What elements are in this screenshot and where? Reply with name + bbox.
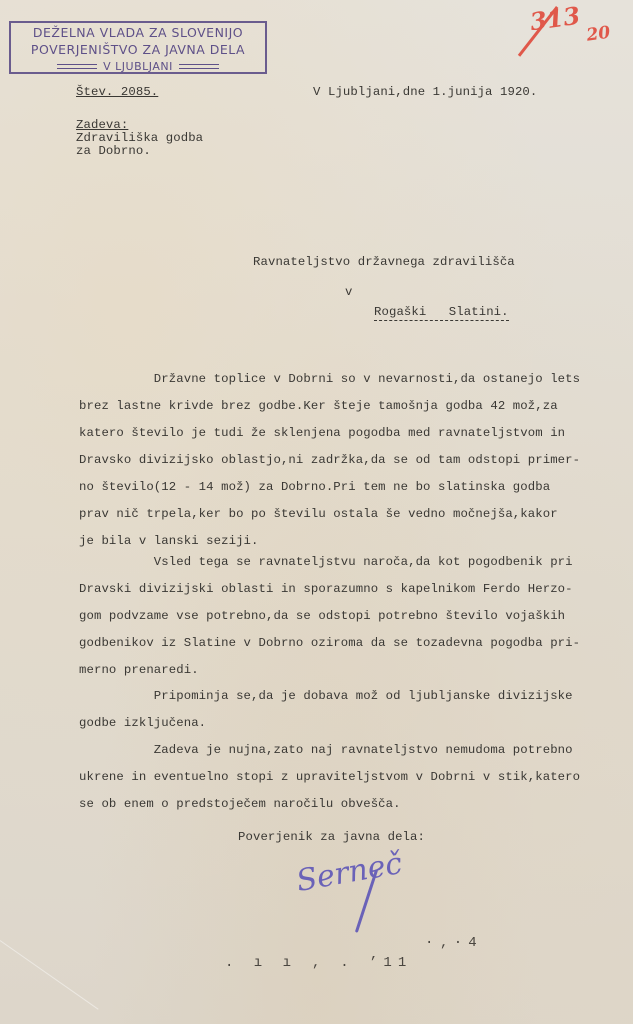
body-line: je bila v lanski seziji.: [79, 534, 259, 548]
subject-line-2: za Dobrno.: [76, 144, 151, 158]
body-line: Dravski divizijski oblasti in sporazumno…: [79, 582, 573, 596]
stray-ink-marks: . ı ı ‚ . ’11: [225, 955, 412, 971]
stamp-rule-right: [179, 64, 219, 69]
stamp-line-1: DEŽELNA VLADA ZA SLOVENIJO: [11, 24, 265, 41]
body-line: Zadeva je nujna,zato naj ravnateljstvo n…: [79, 743, 573, 757]
stamp-rule-left: [57, 64, 97, 69]
addressee-line-3: Rogaški Slatini.: [374, 305, 509, 321]
body-line: se ob enem o predstoječem naročilu obveš…: [79, 797, 401, 811]
closing-title: Poverjenik za javna dela:: [238, 830, 425, 844]
registry-year: 20: [585, 23, 611, 46]
body-line: katero število je tudi že sklenjena pogo…: [79, 426, 565, 440]
subject-label: Zadeva:: [76, 118, 128, 132]
paper-fold-crease: [0, 940, 99, 1010]
body-line: Vsled tega se ravnateljstvu naroča,da ko…: [79, 555, 573, 569]
addressee-line-2: v: [345, 285, 352, 299]
body-line: godbenikov iz Slatine v Dobrno oziroma d…: [79, 636, 580, 650]
subject-line-1: Zdraviliška godba: [76, 131, 203, 145]
body-line: brez lastne krivde brez godbe.Ker šteje …: [79, 399, 558, 413]
stamp-line-3: V LJUBLJANI: [103, 58, 173, 75]
body-line: prav nič trpela,ker bo po številu ostala…: [79, 507, 558, 521]
place-date: V Ljubljani,dne 1.junija 1920.: [313, 85, 537, 99]
addressee-line-1: Ravnateljstvo državnega zdravilišča: [253, 255, 515, 269]
document-page: DEŽELNA VLADA ZA SLOVENIJO POVERJENIŠTVO…: [0, 0, 633, 1024]
body-line: godbe izključena.: [79, 716, 206, 730]
signature: Serneč: [294, 846, 405, 899]
stray-ink-marks-right: ·‚·4: [425, 935, 483, 951]
body-line: Državne toplice v Dobrni so v nevarnosti…: [79, 372, 580, 386]
body-line: ukrene in eventuelno stopi z upraviteljs…: [79, 770, 580, 784]
body-line: no število(12 - 14 mož) za Dobrno.Pri te…: [79, 480, 550, 494]
reference-number: Štev. 2085.: [76, 85, 158, 99]
office-stamp: DEŽELNA VLADA ZA SLOVENIJO POVERJENIŠTVO…: [9, 21, 267, 74]
body-line: Pripominja se,da je dobava mož od ljublj…: [79, 689, 573, 703]
body-line: gom podvzame vse potrebno,da se odstopi …: [79, 609, 565, 623]
body-line: merno prenaredi.: [79, 663, 199, 677]
stamp-line-2: POVERJENIŠTVO ZA JAVNA DELA: [11, 41, 265, 58]
body-line: Dravsko divizijsko oblastjo,ni zadržka,d…: [79, 453, 580, 467]
